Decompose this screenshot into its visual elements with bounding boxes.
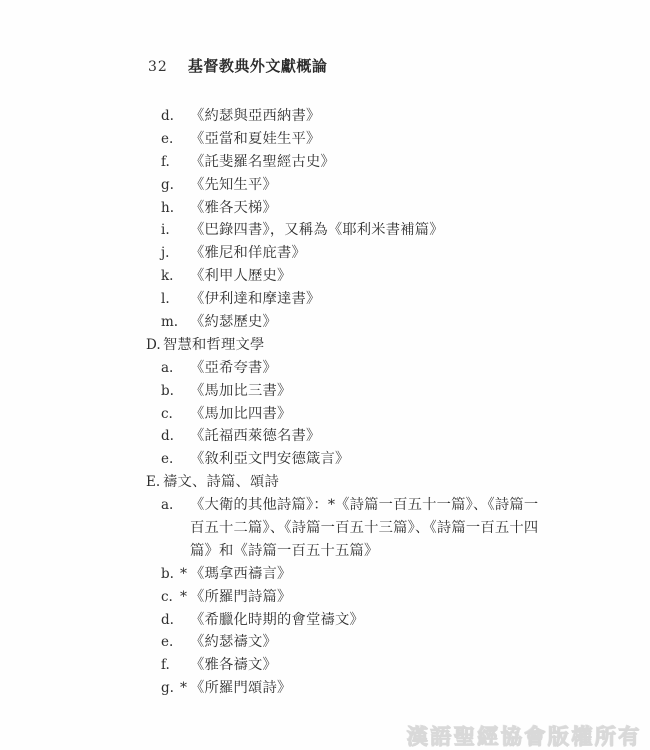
item-label: j. bbox=[161, 242, 190, 265]
item-label: g. bbox=[161, 677, 180, 700]
item-text: 《利甲人歷史》 bbox=[190, 268, 291, 284]
item-label: h. bbox=[161, 197, 190, 220]
item-text: 《大衛的其他詩篇》：*《詩篇一百五十一篇》、《詩篇一 bbox=[190, 497, 538, 513]
list-item-row: e.《亞當和夏娃生平》 bbox=[0, 128, 650, 151]
item-text: 《約瑟禱文》 bbox=[190, 634, 277, 650]
item-text: 《所羅門詩篇》 bbox=[190, 589, 291, 605]
list-item-row: d.《託福西萊德名書》 bbox=[0, 425, 650, 448]
running-title: 基督教典外文獻概論 bbox=[188, 57, 328, 75]
item-text: 《亞希夸書》 bbox=[190, 360, 277, 376]
continuation-row: 百五十二篇》、《詩篇一百五十三篇》、《詩篇一百五十四 bbox=[0, 517, 650, 540]
item-label: d. bbox=[161, 425, 190, 448]
item-label: e. bbox=[161, 128, 190, 151]
item-label: e. bbox=[161, 631, 190, 654]
item-label: k. bbox=[161, 265, 190, 288]
list-item-row: m.《約瑟歷史》 bbox=[0, 311, 650, 334]
list-item-row: a.《大衛的其他詩篇》：*《詩篇一百五十一篇》、《詩篇一 bbox=[0, 494, 650, 517]
book-page: 32基督教典外文獻概論 d.《約瑟與亞西納書》e.《亞當和夏娃生平》f.《託斐羅… bbox=[0, 0, 650, 750]
item-label: g. bbox=[161, 174, 190, 197]
list-item-row: a.《亞希夸書》 bbox=[0, 357, 650, 380]
item-text: 《馬加比三書》 bbox=[190, 383, 291, 399]
item-label: f. bbox=[161, 151, 190, 174]
item-label: E. bbox=[146, 471, 163, 494]
star-marker: * bbox=[180, 586, 190, 609]
star-marker: * bbox=[180, 677, 190, 700]
item-text: 《希臘化時期的會堂禱文》 bbox=[190, 612, 364, 628]
page-number: 32 bbox=[148, 59, 168, 75]
page-header: 32基督教典外文獻概論 bbox=[148, 55, 327, 76]
list-item-row: g.*《所羅門頌詩》 bbox=[0, 677, 650, 700]
item-text: 《約瑟與亞西納書》 bbox=[190, 108, 320, 124]
item-label: c. bbox=[161, 403, 190, 426]
list-item-row: i.《巴錄四書》，又稱為《耶利米書補篇》 bbox=[0, 219, 650, 242]
item-text: 智慧和哲理文學 bbox=[163, 337, 264, 353]
item-text: 篇》和《詩篇一百五十五篇》 bbox=[190, 543, 378, 559]
item-text: 《所羅門頌詩》 bbox=[190, 680, 291, 696]
item-label: l. bbox=[161, 288, 190, 311]
item-label: i. bbox=[161, 219, 190, 242]
list-item-row: c.《馬加比四書》 bbox=[0, 403, 650, 426]
item-label: c. bbox=[161, 586, 180, 609]
list-item-row: e.《約瑟禱文》 bbox=[0, 631, 650, 654]
item-label: f. bbox=[161, 654, 190, 677]
list-item-row: d.《約瑟與亞西納書》 bbox=[0, 105, 650, 128]
item-text: 《託斐羅名聖經古史》 bbox=[190, 154, 335, 170]
section-row: E.禱文、詩篇、頌詩 bbox=[0, 471, 650, 494]
item-label: D. bbox=[146, 334, 163, 357]
item-label: a. bbox=[161, 357, 190, 380]
item-label: m. bbox=[161, 311, 190, 334]
outline-list: d.《約瑟與亞西納書》e.《亞當和夏娃生平》f.《託斐羅名聖經古史》g.《先知生… bbox=[0, 105, 650, 700]
list-item-row: e.《敘利亞文門安德箴言》 bbox=[0, 448, 650, 471]
item-text: 《約瑟歷史》 bbox=[190, 314, 277, 330]
item-text: 《雅尼和佯庇書》 bbox=[190, 245, 306, 261]
item-text: 《託福西萊德名書》 bbox=[190, 428, 320, 444]
item-text: 《巴錄四書》，又稱為《耶利米書補篇》 bbox=[190, 222, 444, 238]
list-item-row: c.*《所羅門詩篇》 bbox=[0, 586, 650, 609]
list-item-row: f.《雅各禱文》 bbox=[0, 654, 650, 677]
list-item-row: d.《希臘化時期的會堂禱文》 bbox=[0, 609, 650, 632]
item-label: a. bbox=[161, 494, 190, 517]
item-text: 百五十二篇》、《詩篇一百五十三篇》、《詩篇一百五十四 bbox=[190, 520, 538, 536]
item-text: 《伊利達和摩達書》 bbox=[190, 291, 320, 307]
list-item-row: h.《雅各天梯》 bbox=[0, 197, 650, 220]
section-row: D.智慧和哲理文學 bbox=[0, 334, 650, 357]
item-label: d. bbox=[161, 105, 190, 128]
list-item-row: k.《利甲人歷史》 bbox=[0, 265, 650, 288]
item-label: b. bbox=[161, 563, 180, 586]
list-item-row: l.《伊利達和摩達書》 bbox=[0, 288, 650, 311]
item-text: 《雅各天梯》 bbox=[190, 200, 277, 216]
item-label: b. bbox=[161, 380, 190, 403]
item-text: 《雅各禱文》 bbox=[190, 657, 277, 673]
item-text: 《先知生平》 bbox=[190, 177, 277, 193]
list-item-row: j.《雅尼和佯庇書》 bbox=[0, 242, 650, 265]
item-label: e. bbox=[161, 448, 190, 471]
copyright-watermark: 漢語聖經協會版權所有 bbox=[407, 721, 642, 750]
list-item-row: b.《馬加比三書》 bbox=[0, 380, 650, 403]
list-item-row: b.*《瑪拿西禱言》 bbox=[0, 563, 650, 586]
list-item-row: f.《託斐羅名聖經古史》 bbox=[0, 151, 650, 174]
item-text: 《馬加比四書》 bbox=[190, 406, 291, 422]
item-text: 《瑪拿西禱言》 bbox=[190, 566, 291, 582]
item-label: d. bbox=[161, 609, 190, 632]
item-text: 禱文、詩篇、頌詩 bbox=[163, 474, 279, 490]
continuation-row: 篇》和《詩篇一百五十五篇》 bbox=[0, 540, 650, 563]
star-marker: * bbox=[180, 563, 190, 586]
list-item-row: g.《先知生平》 bbox=[0, 174, 650, 197]
item-text: 《亞當和夏娃生平》 bbox=[190, 131, 320, 147]
item-text: 《敘利亞文門安德箴言》 bbox=[190, 451, 349, 467]
